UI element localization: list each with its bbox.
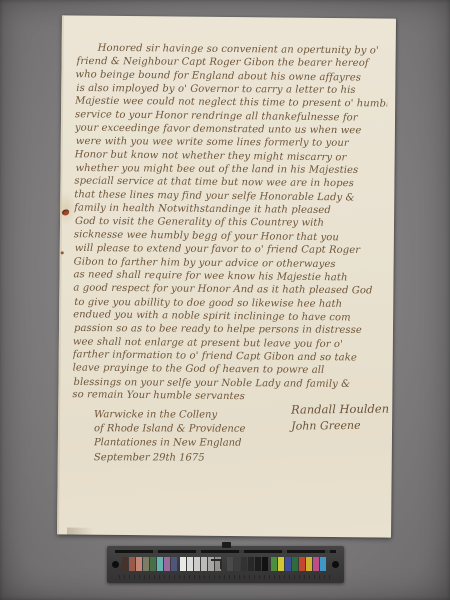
color-patch [241, 557, 247, 571]
color-patch [122, 557, 128, 571]
color-patch [299, 557, 305, 571]
place-date-line: September 29th 1675 [94, 451, 245, 466]
calibration-patch-row [122, 557, 329, 571]
color-patch [271, 557, 277, 571]
place-date-line: Warwicke in the Colleny [94, 408, 245, 423]
color-patch [136, 557, 142, 571]
letter-body-text: Honored sir havinge so convenient an ope… [72, 42, 387, 405]
photo-background: Honored sir havinge so convenient an ope… [0, 0, 450, 600]
signature-line: John Greene [291, 417, 389, 434]
color-patch-group-right [271, 557, 327, 571]
calibration-hole-right [332, 561, 339, 568]
color-patch [129, 557, 135, 571]
color-patch [292, 557, 298, 571]
label-chip-mark [211, 559, 222, 569]
color-patch [306, 557, 312, 571]
corner-fold-shadow [67, 527, 93, 534]
place-date-block: Warwicke in the Collenyof Rhode Island &… [94, 408, 246, 465]
color-patch [234, 557, 240, 571]
color-patch [201, 557, 207, 571]
signature-line: Randall Houlden [291, 402, 389, 419]
color-patch [157, 557, 163, 571]
letter-line: whether you might bee out of the land in… [75, 162, 387, 178]
calibration-knob [222, 542, 231, 548]
letter-line: will please to extend your favor to o' f… [75, 242, 387, 258]
color-patch [164, 557, 170, 571]
dark-step-group [227, 557, 269, 571]
color-patch [248, 557, 254, 571]
color-patch [255, 557, 261, 571]
color-calibration-bar [107, 546, 344, 583]
place-date-line: Plantationes in New England [94, 437, 245, 452]
color-patch [171, 557, 177, 571]
color-patch-group-left [122, 557, 178, 571]
place-date-line: of Rhode Island & Providence [94, 422, 245, 437]
letter-line: is also imployed by o' Governor to carry… [76, 82, 387, 98]
color-patch [194, 557, 200, 571]
ruler-ticks [119, 575, 332, 579]
manuscript-paper: Honored sir havinge so convenient an ope… [57, 15, 396, 537]
color-patch [262, 557, 268, 571]
color-patch [180, 557, 186, 571]
color-patch [227, 557, 233, 571]
color-patch [143, 557, 149, 571]
color-patch [150, 557, 156, 571]
color-patch [285, 557, 291, 571]
color-patch [278, 557, 284, 571]
paper-edge-shading [57, 15, 64, 534]
color-patch [187, 557, 193, 571]
color-patch [320, 557, 326, 571]
color-patch [313, 557, 319, 571]
calibration-topline [115, 550, 336, 553]
calibration-hole-left [112, 561, 119, 568]
ink-speck [61, 251, 64, 254]
letter-line: passion so as to bee ready to helpe pers… [74, 322, 386, 338]
signature-block: Randall HouldenJohn Greene [291, 402, 389, 434]
